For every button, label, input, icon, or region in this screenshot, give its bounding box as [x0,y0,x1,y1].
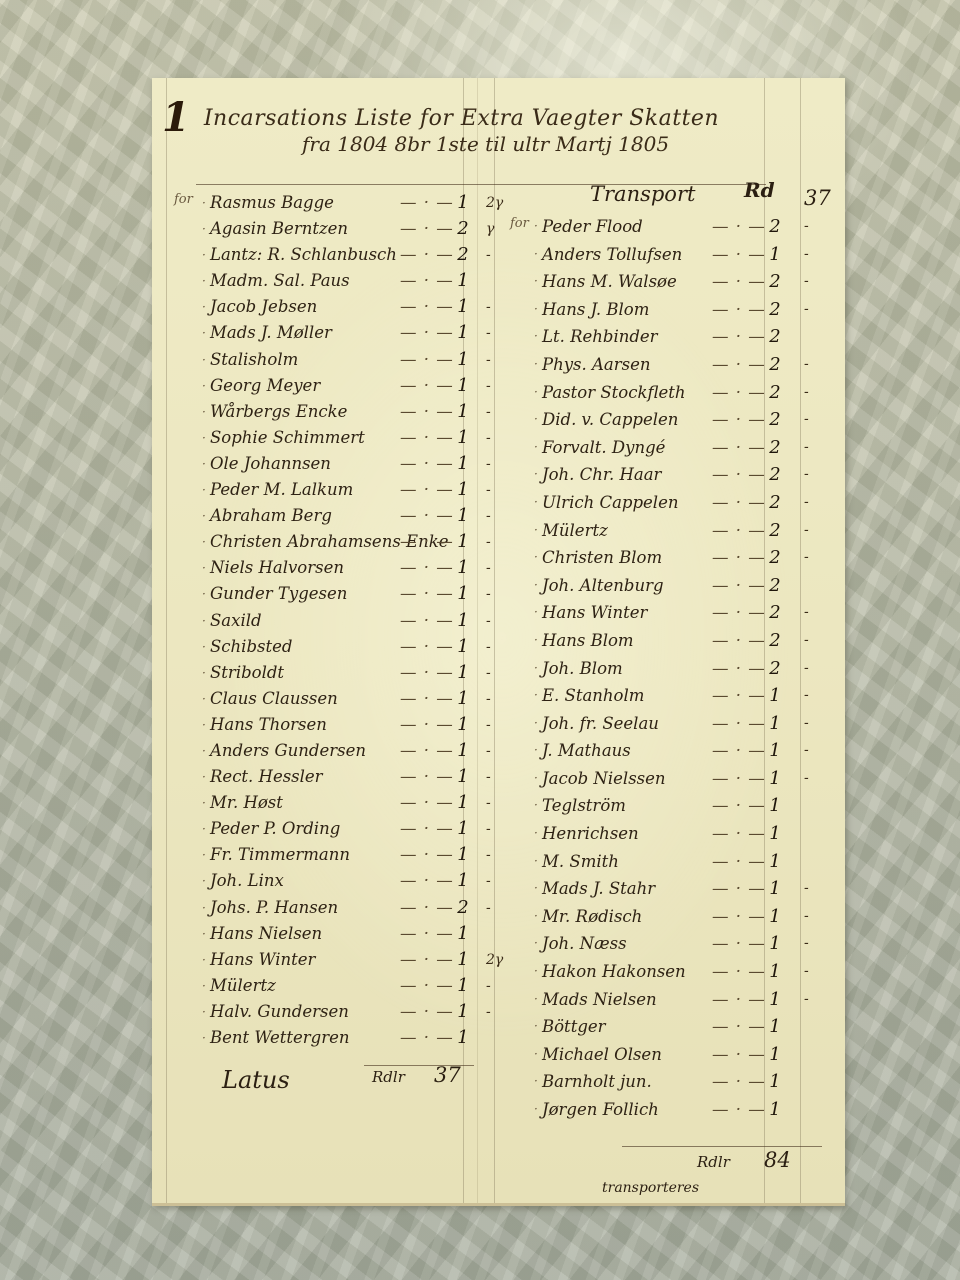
margin-rule [166,78,167,1203]
entry-amount: 1 [452,529,474,555]
entry-name: Gunder Tygesen [210,581,347,607]
ledger-entry: · Hans M. Walsøe — · — 2 - [542,268,842,296]
ledger-entry: · Michael Olsen — · — 1 [542,1041,842,1069]
row-dot: · [534,406,538,434]
entry-amount: 1 [764,986,786,1014]
entry-fraction: - [486,738,491,764]
right-footer-note: transporteres [602,1180,699,1196]
leader-dash: — · — [712,848,766,876]
ledger-entry: · Pastor Stockfleth — · — 2 - [542,379,842,407]
entry-amount: 2 [764,351,786,379]
entry-name: Bent Wettergren [210,1025,350,1051]
transport-label: Transport [590,182,695,206]
leader-dash: — · — [400,842,454,868]
entry-amount: 2 [764,213,786,241]
row-dot: · [202,242,206,268]
entry-fraction: - [486,790,491,816]
entry-amount: 1 [452,921,474,947]
ledger-entry: · Hakon Hakonsen — · — 1 - [542,958,842,986]
entry-fraction: - [804,296,809,324]
right-total-rule [622,1146,822,1147]
row-dot: · [202,503,206,529]
entry-name: Sophie Schimmert [210,425,365,451]
entry-amount: 1 [452,973,474,999]
entry-fraction: γ [486,216,494,242]
entry-fraction: - [486,451,491,477]
entry-amount: 2 [764,268,786,296]
row-dot: · [534,323,538,351]
entry-name: Anders Gundersen [210,738,366,764]
entry-name: Madm. Sal. Paus [210,268,350,294]
entry-name: Rect. Hessler [210,764,323,790]
entry-fraction: - [804,461,809,489]
entry-amount: 1 [764,792,786,820]
row-dot: · [202,555,206,581]
leader-dash: — · — [712,572,766,600]
entry-amount: 1 [452,1025,474,1051]
ledger-entry: · Gunder Tygesen — · — 1 - [210,581,510,607]
row-dot: · [202,608,206,634]
ledger-entry: · Georg Meyer — · — 1 - [210,373,510,399]
entry-name: Hans Winter [542,599,647,627]
ledger-entry: · Phys. Aarsen — · — 2 - [542,351,842,379]
row-dot: · [534,792,538,820]
entry-fraction: - [486,634,491,660]
entry-amount: 1 [452,190,474,216]
entry-amount: 1 [452,581,474,607]
entry-name: Halv. Gundersen [210,999,349,1025]
entry-amount: 1 [452,660,474,686]
entry-amount: 1 [452,555,474,581]
entry-name: Joh. Linx [210,868,284,894]
entry-amount: 1 [764,241,786,269]
leader-dash: — · — [712,655,766,683]
entry-amount: 1 [452,268,474,294]
ledger-entry: · M. Smith — · — 1 [542,848,842,876]
row-dot: · [534,1013,538,1041]
ledger-entry: · Christen Blom — · — 2 - [542,544,842,572]
entry-amount: 1 [452,451,474,477]
ledger-entry: · Hans Nielsen — · — 1 [210,921,510,947]
entry-fraction: - [486,895,491,921]
leader-dash: — · — [400,999,454,1025]
entry-amount: 1 [452,999,474,1025]
entry-name: Wårbergs Encke [210,399,347,425]
ledger-entry: · Joh. Altenburg — · — 2 [542,572,842,600]
leader-dash: — · — [400,294,454,320]
entry-amount: 1 [452,712,474,738]
leader-dash: — · — [400,947,454,973]
row-dot: · [534,1041,538,1069]
ledger-entry: · Mads J. Møller — · — 1 - [210,320,510,346]
page-subtitle: fra 1804 8br 1ste til ultr Martj 1805 [302,132,669,156]
ledger-entry: · Fr. Timmermann — · — 1 - [210,842,510,868]
entry-fraction: - [804,682,809,710]
leader-dash: — · — [712,544,766,572]
entry-fraction: - [804,765,809,793]
entry-name: Jacob Jebsen [210,294,317,320]
row-dot: · [202,764,206,790]
entry-name: Anders Tollufsen [542,241,682,269]
entry-fraction: - [486,503,491,529]
ledger-entry: · J. Mathaus — · — 1 - [542,737,842,765]
row-dot: · [202,1025,206,1051]
entry-amount: 2 [764,434,786,462]
ledger-entry: · Anders Tollufsen — · — 1 - [542,241,842,269]
entry-name: Niels Halvorsen [210,555,344,581]
ledger-entry: · Rect. Hessler — · — 1 - [210,764,510,790]
entry-name: Rasmus Bagge [210,190,334,216]
row-dot: · [202,712,206,738]
row-dot: · [534,820,538,848]
entry-fraction: - [486,294,491,320]
leader-dash: — · — [712,213,766,241]
leader-dash: — · — [400,712,454,738]
entry-name: Hans J. Blom [542,296,649,324]
leader-dash: — · — [400,216,454,242]
ledger-entry: · Claus Claussen — · — 1 - [210,686,510,712]
ledger-entry: · Wårbergs Encke — · — 1 - [210,399,510,425]
entry-fraction: - [486,608,491,634]
row-dot: · [534,241,538,269]
ledger-entry: · Lantz: R. Schlanbusch — · — 2 - [210,242,510,268]
entry-amount: 1 [452,347,474,373]
entry-fraction: - [486,764,491,790]
row-dot: · [534,682,538,710]
leader-dash: — · — [400,242,454,268]
row-dot: · [534,517,538,545]
leader-dash: — · — [712,710,766,738]
entry-name: Lt. Rehbinder [542,323,658,351]
entry-fraction: - [486,555,491,581]
entry-name: Georg Meyer [210,373,320,399]
entry-amount: 1 [452,503,474,529]
row-dot: · [202,581,206,607]
leader-dash: — · — [400,921,454,947]
entry-fraction: - [486,242,491,268]
entry-amount: 1 [764,875,786,903]
ledger-entry: · Lt. Rehbinder — · — 2 [542,323,842,351]
row-dot: · [202,320,206,346]
leader-dash: — · — [400,738,454,764]
row-dot: · [202,268,206,294]
ledger-entry: · Hans J. Blom — · — 2 - [542,296,842,324]
transport-value: 37 [804,186,831,210]
right-total-value: 84 [764,1148,791,1172]
entry-amount: 2 [764,489,786,517]
entry-fraction: - [804,627,809,655]
leader-dash: — · — [712,296,766,324]
entry-amount: 1 [764,958,786,986]
entry-name: Christen Blom [542,544,662,572]
left-column: · Rasmus Bagge — · — 1 2γ · Agasin Bernt… [210,190,510,1051]
entry-name: Mr. Rødisch [542,903,642,931]
row-dot: · [202,399,206,425]
entry-name: Hans M. Walsøe [542,268,677,296]
entry-fraction: - [804,351,809,379]
row-dot: · [202,373,206,399]
row-dot: · [202,190,206,216]
entry-name: M. Smith [542,848,619,876]
row-dot: · [202,895,206,921]
entry-fraction: - [486,712,491,738]
entry-amount: 2 [764,627,786,655]
entry-name: Hans Nielsen [210,921,322,947]
row-dot: · [534,434,538,462]
leader-dash: — · — [712,489,766,517]
entry-name: Peder P. Ording [210,816,340,842]
ledger-entry: · Joh. fr. Seelau — · — 1 - [542,710,842,738]
row-dot: · [534,379,538,407]
entry-fraction: - [486,816,491,842]
entry-name: Claus Claussen [210,686,338,712]
leader-dash: — · — [400,347,454,373]
ledger-entry: · Henrichsen — · — 1 [542,820,842,848]
entry-amount: 1 [764,1096,786,1124]
entry-amount: 1 [452,816,474,842]
entry-fraction: - [804,379,809,407]
entry-amount: 1 [764,930,786,958]
leader-dash: — · — [712,323,766,351]
entry-fraction: 2γ [486,947,503,973]
entry-amount: 2 [764,655,786,683]
row-dot: · [202,686,206,712]
ledger-entry: · Jacob Nielssen — · — 1 - [542,765,842,793]
entry-name: Fr. Timmermann [210,842,350,868]
entry-name: Lantz: R. Schlanbusch [210,242,397,268]
ledger-entry: · Jørgen Follich — · — 1 [542,1096,842,1124]
ledger-entry: · Mads J. Stahr — · — 1 - [542,875,842,903]
leader-dash: — · — [712,765,766,793]
entry-fraction: - [804,544,809,572]
entry-fraction: - [804,489,809,517]
entry-amount: 1 [452,477,474,503]
row-dot: · [534,544,538,572]
leader-dash: — · — [712,1068,766,1096]
ledger-entry: · Mads Nielsen — · — 1 - [542,986,842,1014]
entry-name: Mülertz [542,517,608,545]
row-dot: · [534,268,538,296]
entry-fraction: - [804,434,809,462]
row-dot: · [534,599,538,627]
entry-name: Saxild [210,608,262,634]
leader-dash: — · — [712,461,766,489]
leader-dash: — · — [400,1025,454,1051]
row-dot: · [534,489,538,517]
left-footer-note: Latus [222,1066,290,1094]
entry-amount: 2 [764,296,786,324]
entry-fraction: - [486,660,491,686]
entry-fraction: - [804,958,809,986]
entry-fraction: - [804,710,809,738]
row-dot: · [202,634,206,660]
ledger-entry: · Barnholt jun. — · — 1 [542,1068,842,1096]
page-number: 1 [162,94,190,141]
left-total-label: Rdlr [372,1068,405,1086]
entry-amount: 2 [452,895,474,921]
entry-amount: 1 [452,790,474,816]
entry-fraction: 2γ [486,190,503,216]
leader-dash: — · — [400,895,454,921]
leader-dash: — · — [400,816,454,842]
row-dot: · [202,999,206,1025]
entry-amount: 1 [452,399,474,425]
entry-fraction: - [804,406,809,434]
entry-amount: 1 [452,868,474,894]
entry-amount: 2 [452,242,474,268]
row-dot: · [202,947,206,973]
entry-amount: 1 [452,425,474,451]
entry-name: Johs. P. Hansen [210,895,338,921]
entry-fraction: - [804,930,809,958]
leader-dash: — · — [712,434,766,462]
leader-dash: — · — [400,555,454,581]
entry-amount: 2 [452,216,474,242]
entry-name: Teglström [542,792,626,820]
entry-amount: 1 [452,373,474,399]
entry-amount: 1 [452,842,474,868]
entry-name: Forvalt. Dyngé [542,434,665,462]
row-dot: · [202,973,206,999]
ledger-entry: · Schibsted — · — 1 - [210,634,510,660]
leader-dash: — · — [400,790,454,816]
leader-dash: — · — [400,581,454,607]
entry-amount: 1 [764,1068,786,1096]
leader-dash: — · — [400,373,454,399]
leader-dash: — · — [400,634,454,660]
row-dot: · [534,958,538,986]
row-dot: · [534,296,538,324]
entry-amount: 1 [764,848,786,876]
leader-dash: — · — [712,903,766,931]
leader-dash: — · — [712,268,766,296]
ledger-entry: · Peder M. Lalkum — · — 1 - [210,477,510,503]
leader-dash: — · — [712,379,766,407]
row-dot: · [534,737,538,765]
row-dot: · [202,477,206,503]
row-dot: · [534,930,538,958]
entry-name: Jacob Nielssen [542,765,666,793]
row-dot: · [202,738,206,764]
entry-fraction: - [804,241,809,269]
ledger-entry: · Joh. Blom — · — 2 - [542,655,842,683]
row-dot: · [534,213,538,241]
entry-amount: 1 [452,320,474,346]
ledger-entry: · Did. v. Cappelen — · — 2 - [542,406,842,434]
row-dot: · [202,216,206,242]
leader-dash: — · — [712,406,766,434]
entry-fraction: - [804,517,809,545]
entry-name: Hans Thorsen [210,712,327,738]
entry-name: Did. v. Cappelen [542,406,678,434]
entry-amount: 1 [452,608,474,634]
row-dot: · [202,529,206,555]
entry-amount: 1 [452,947,474,973]
ledger-entry: · Christen Abrahamsens Enke — · — 1 - [210,529,510,555]
row-dot: · [534,848,538,876]
ledger-entry: · Ole Johannsen — · — 1 - [210,451,510,477]
entry-amount: 1 [452,764,474,790]
row-dot: · [202,921,206,947]
entry-fraction: - [486,399,491,425]
row-dot: · [202,660,206,686]
row-dot: · [534,710,538,738]
leader-dash: — · — [400,399,454,425]
leader-dash: — · — [400,608,454,634]
row-dot: · [534,1068,538,1096]
leader-dash: — · — [400,686,454,712]
row-dot: · [534,461,538,489]
row-dot: · [534,1096,538,1124]
entry-amount: 1 [764,903,786,931]
currency-mark: Rd [744,178,775,202]
entry-name: Mr. Høst [210,790,283,816]
row-dot: · [534,765,538,793]
entry-fraction: - [486,973,491,999]
ledger-entry: · Joh. Chr. Haar — · — 2 - [542,461,842,489]
entry-name: Stalisholm [210,347,298,373]
ledger-entry: · E. Stanholm — · — 1 - [542,682,842,710]
right-column: · Peder Flood — · — 2 - · Anders Tollufs… [542,213,842,1124]
leader-dash: — · — [712,958,766,986]
entry-fraction: - [486,373,491,399]
entry-fraction: - [486,686,491,712]
leader-dash: — · — [400,190,454,216]
ledger-entry: · Anders Gundersen — · — 1 - [210,738,510,764]
ledger-entry: · Madm. Sal. Paus — · — 1 [210,268,510,294]
leader-dash: — · — [400,320,454,346]
ledger-entry: · Jacob Jebsen — · — 1 - [210,294,510,320]
entry-fraction: - [804,737,809,765]
entry-name: Mads J. Møller [210,320,332,346]
right-total-label: Rdlr [697,1153,730,1171]
ledger-entry: · Bent Wettergren — · — 1 [210,1025,510,1051]
ledger-entry: · Joh. Næss — · — 1 - [542,930,842,958]
ledger-entry: · Mülertz — · — 2 - [542,517,842,545]
entry-fraction: - [486,999,491,1025]
entry-name: Ulrich Cappelen [542,489,678,517]
entry-name: Hans Blom [542,627,634,655]
entry-name: Mads Nielsen [542,986,657,1014]
row-dot: · [202,451,206,477]
leader-dash: — · — [712,1041,766,1069]
entry-fraction: - [804,986,809,1014]
row-dot: · [202,790,206,816]
ledger-entry: · Abraham Berg — · — 1 - [210,503,510,529]
ledger-entry: · Forvalt. Dyngé — · — 2 - [542,434,842,462]
entry-name: Schibsted [210,634,292,660]
ledger-entry: · Hans Winter — · — 1 2γ [210,947,510,973]
entry-name: Joh. Blom [542,655,623,683]
leader-dash: — · — [712,930,766,958]
entry-amount: 1 [764,820,786,848]
ledger-entry: · Ulrich Cappelen — · — 2 - [542,489,842,517]
entry-fraction: - [804,213,809,241]
entry-amount: 2 [764,544,786,572]
ledger-entry: · Sophie Schimmert — · — 1 - [210,425,510,451]
leader-dash: — · — [400,973,454,999]
leader-dash: — · — [400,764,454,790]
ledger-entry: · Stalisholm — · — 1 - [210,347,510,373]
leader-dash: — · — [712,1013,766,1041]
row-dot: · [202,868,206,894]
entry-name: Abraham Berg [210,503,332,529]
right-prefix: for [510,216,529,231]
entry-fraction: - [486,529,491,555]
entry-name: Henrichsen [542,820,639,848]
entry-fraction: - [804,875,809,903]
entry-fraction: - [804,903,809,931]
